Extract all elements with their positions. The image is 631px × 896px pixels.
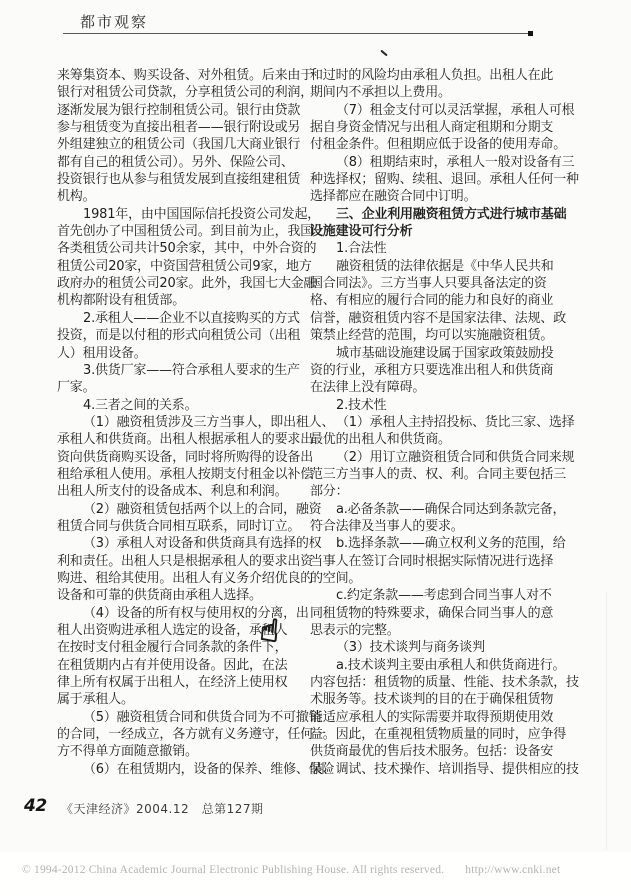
text-line: 租赁公司20家，中资国营租赁公司9家，地方 <box>57 255 309 272</box>
text-line: a.必备条款——确保合同达到条款完备， <box>310 498 573 515</box>
text-line: 范三方当事人的责、权、利。合同主要包括三 <box>310 463 573 480</box>
text-line: （6）在租赁期内，设备的保养、维修、保险 <box>57 758 309 775</box>
text-line: 同租赁物的特殊要求，确保合同当事人的意 <box>310 602 573 619</box>
text-line: 厂家。 <box>57 376 309 393</box>
text-line: 选择都应在融资合同中订明。 <box>310 185 573 202</box>
text-line: 付租金条件。但租期应低于设备的使用寿命。 <box>310 133 573 150</box>
text-line: 策禁止经营的范围，均可以实施融资租赁。 <box>310 324 573 341</box>
text-line: 方不得单方面随意撤销。 <box>57 740 309 757</box>
text-line: 部分： <box>310 480 573 497</box>
text-line: 购进、租给其使用。出租人有义务介绍优良的 <box>57 567 309 584</box>
text-line: 都有自己的租赁公司）。另外、保险公司、 <box>57 151 309 168</box>
text-line: a.技术谈判主要由承租人和供货商进行。 <box>310 654 573 671</box>
text-line: 术服务等。技术谈判的目的在于确保租赁物 <box>310 688 573 705</box>
text-line: 2.技术性 <box>310 394 573 411</box>
hand-pointer-cursor-icon: ☝ <box>259 615 281 648</box>
text-line: 资的行业，承租方只要选准出租人和供货商 <box>310 359 573 376</box>
text-line: 当事人在签订合同时根据实际情况进行选择 <box>310 550 573 567</box>
copyright-strip: © 1994-2012 China Academic Journal Elect… <box>0 852 631 896</box>
text-line: 外组建独立的租赁公司（我国几大商业银行 <box>57 133 309 150</box>
text-line: 银行对租赁公司贷款，分享租赁公司的利润， <box>57 81 309 98</box>
text-line: 内容包括：租赁物的质量、性能、技术条款，技 <box>310 671 573 688</box>
text-line: 装、调试、技术操作、培训指导、提供相应的技 <box>310 758 573 775</box>
text-line: 租赁合同与供货合同相互联系，同时订立。 <box>57 515 309 532</box>
text-line: （2）用订立融资租赁合同和供货合同来规 <box>310 446 573 463</box>
text-line: （3）承租人对设备和供货商具有选择的权 <box>57 532 309 549</box>
text-line: （1）融资租赁涉及三方当事人，即出租人、 <box>57 411 309 428</box>
text-line: 益。因此，在重视租赁物质量的同时，应争得 <box>310 723 573 740</box>
text-line: 利和责任。出租人只是根据承租人的要求出资 <box>57 550 309 567</box>
divider-end-dot <box>528 31 533 36</box>
text-line: 供货商最优的售后技术服务。包括：设备安 <box>310 740 573 757</box>
text-line: 信誉，融资租赁内容不是国家法律、法规、政 <box>310 307 573 324</box>
text-line: 种选择权；留购、续租、退回。承租人任何一种 <box>310 168 573 185</box>
text-line: 人）租用设备。 <box>57 342 309 359</box>
text-line: （2）融资租赁包括两个以上的合同，融资 <box>57 498 309 515</box>
text-line: c.约定条款——考虑到合同当事人对不 <box>310 584 573 601</box>
text-line: 2.承租人——企业不以直接购买的方式 <box>57 307 309 324</box>
text-line: 融资租赁的法律依据是《中华人民共和 <box>310 255 573 272</box>
text-line: 投资，而是以付租的形式向租赁公司（出租 <box>57 324 309 341</box>
text-line: 逐渐发展为银行控制租赁公司。银行由贷款 <box>57 99 309 116</box>
text-line: 首先创办了中国租赁公司。到目前为止，我国 <box>57 220 309 237</box>
copyright-line: © 1994-2012 China Academic Journal Elect… <box>22 864 560 876</box>
text-line: 参与租赁变为直接出租者——银行附设或另 <box>57 116 309 133</box>
text-line: 1981年，由中国国际信托投资公司发起， <box>57 203 309 220</box>
section-title: 都市观察 <box>80 11 148 32</box>
text-line: 能适应承租人的实际需要并取得预期使用效 <box>310 706 573 723</box>
text-line: 最优的出租人和供货商。 <box>310 428 573 445</box>
text-line: 国合同法》。三方当事人只要具备法定的资 <box>310 272 573 289</box>
text-line: 期间内不承担以上费用。 <box>310 81 573 98</box>
header-divider <box>63 33 531 34</box>
text-line: 资向供货商购买设备，同时将所购得的设备出 <box>57 446 309 463</box>
text-line: 4.三者之间的关系。 <box>57 394 309 411</box>
scan-edge-line <box>606 592 607 850</box>
text-line: 出租人所支付的设备成本、利息和利润。 <box>57 480 309 497</box>
text-line: 三、企业利用融资租赁方式进行城市基础 <box>310 203 573 220</box>
text-line: 机构都附设有租赁部。 <box>57 289 309 306</box>
text-line: （1）承租人主持招投标、货比三家、选择 <box>310 411 573 428</box>
scanned-journal-page: 都市观察 来筹集资本、购买设备、对外租赁。后来由于银行对租赁公司贷款，分享租赁公… <box>0 0 631 896</box>
text-line: 3.供货厂家——符合承租人要求的生产 <box>57 359 309 376</box>
journal-issue-info: 《天津经济》2004.12 总第127期 <box>61 800 264 817</box>
text-line: （5）融资租赁合同和供货合同为不可撤销 <box>57 706 309 723</box>
text-line: （3）技术谈判与商务谈判 <box>310 636 573 653</box>
text-line: 设备和可靠的供货商由承租人选择。 <box>57 584 309 601</box>
scan-pen-mark <box>380 50 387 57</box>
copyright-url: http://www.cnki.net <box>465 864 560 876</box>
text-line: 的合同，一经成立，各方就有义务遵守，任何一 <box>57 723 309 740</box>
copyright-text: © 1994-2012 China Academic Journal Elect… <box>22 864 444 876</box>
page-number: 42 <box>24 796 47 816</box>
text-line: 的空间。 <box>310 567 573 584</box>
text-line: 在租赁期内占有并使用设备。因此，在法 <box>57 654 309 671</box>
text-line: 1.合法性 <box>310 237 573 254</box>
text-line: 各类租赁公司共计50余家，其中，中外合资的 <box>57 237 309 254</box>
text-line: 据自身资金情况与出租人商定租期和分期支 <box>310 116 573 133</box>
text-line: 承租人和供货商。出租人根据承租人的要求出 <box>57 428 309 445</box>
text-line: 律上所有权属于出租人，在经济上使用权 <box>57 671 309 688</box>
text-line: 思表示的完整。 <box>310 619 573 636</box>
text-line: 政府办的租赁公司20家。此外，我国七大金融 <box>57 272 309 289</box>
text-line: 设施建设可行分析 <box>310 220 573 237</box>
text-line: 属于承租人。 <box>57 688 309 705</box>
text-line: （7）租金支付可以灵活掌握，承租人可根 <box>310 99 573 116</box>
text-line: 格、有相应的履行合同的能力和良好的商业 <box>310 289 573 306</box>
text-line: 机构。 <box>57 185 309 202</box>
text-line: 来筹集资本、购买设备、对外租赁。后来由于 <box>57 64 309 81</box>
text-line: b.选择条款——确立权利义务的范围，给 <box>310 532 573 549</box>
text-line: 和过时的风险均由承租人负担。出租人在此 <box>310 64 573 81</box>
text-line: 投资银行也从参与租赁发展到直接组建租赁 <box>57 168 309 185</box>
right-column: 和过时的风险均由承租人负担。出租人在此期间内不承担以上费用。（7）租金支付可以灵… <box>310 64 573 775</box>
text-line: 在法律上没有障碍。 <box>310 376 573 393</box>
text-line: 租给承租人使用。承租人按期支付租金以补偿 <box>57 463 309 480</box>
text-line: 城市基础设施建设属于国家政策鼓励投 <box>310 342 573 359</box>
text-line: （8）租期结束时，承租人一般对设备有三 <box>310 151 573 168</box>
text-line: 符合法律及当事人的要求。 <box>310 515 573 532</box>
left-column: 来筹集资本、购买设备、对外租赁。后来由于银行对租赁公司贷款，分享租赁公司的利润，… <box>57 64 309 775</box>
